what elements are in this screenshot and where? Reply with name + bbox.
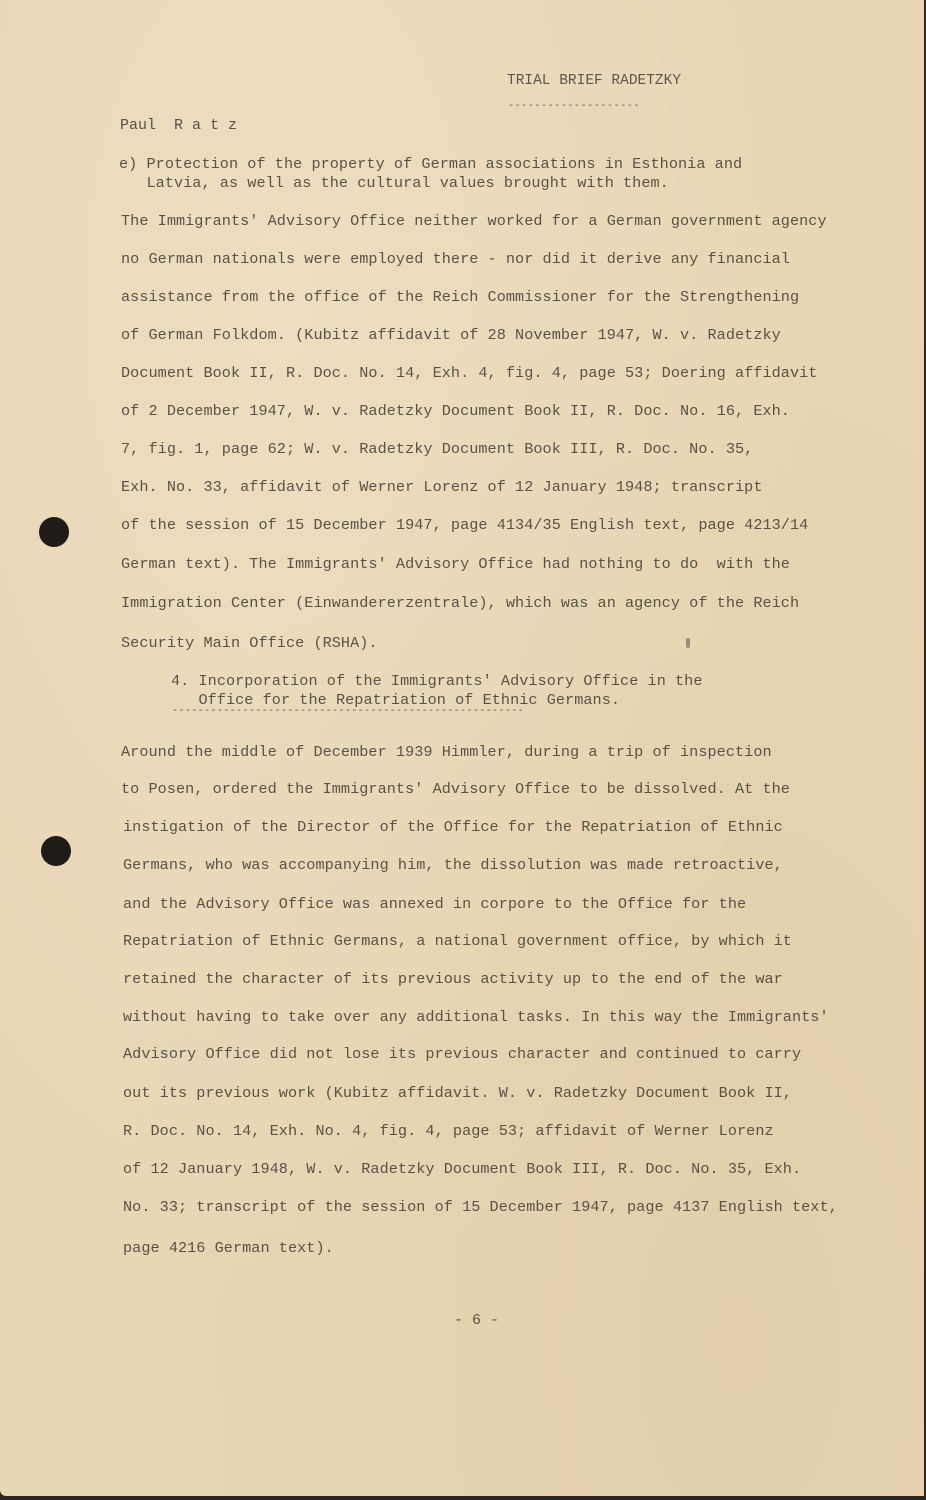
document-title: TRIAL BRIEF RADETZKY: [507, 73, 681, 89]
paragraph-line: instigation of the Director of the Offic…: [123, 818, 783, 836]
author-name: Paul R a t z: [120, 117, 237, 134]
paragraph-line: The Immigrants' Advisory Office neither …: [121, 212, 827, 230]
paragraph-line: No. 33; transcript of the session of 15 …: [123, 1198, 838, 1216]
section-e-line: e) Protection of the property of German …: [119, 155, 742, 173]
paragraph-line: retained the character of its previous a…: [123, 970, 783, 988]
paragraph-line: German text). The Immigrants' Advisory O…: [121, 555, 790, 573]
punch-hole-top: [39, 517, 69, 547]
paragraph-line: of 2 December 1947, W. v. Radetzky Docum…: [121, 402, 790, 420]
paragraph-line: of the session of 15 December 1947, page…: [121, 516, 808, 534]
paragraph-line: no German nationals were employed there …: [121, 250, 790, 268]
ink-speck: [686, 638, 690, 648]
paragraph-line: to Posen, ordered the Immigrants' Adviso…: [121, 780, 790, 798]
paragraph-line: assistance from the office of the Reich …: [121, 288, 799, 306]
paragraph-line: Exh. No. 33, affidavit of Werner Lorenz …: [121, 478, 762, 496]
paragraph-line: Germans, who was accompanying him, the d…: [123, 856, 783, 874]
paragraph-line: out its previous work (Kubitz affidavit.…: [123, 1084, 792, 1102]
section-heading-line: 4. Incorporation of the Immigrants' Advi…: [171, 672, 703, 690]
paragraph-line: of German Folkdom. (Kubitz affidavit of …: [121, 326, 781, 344]
paragraph-line: and the Advisory Office was annexed in c…: [123, 895, 746, 913]
paragraph-line: Document Book II, R. Doc. No. 14, Exh. 4…: [121, 364, 817, 382]
paragraph-line: Immigration Center (Einwandererzentrale)…: [121, 594, 799, 612]
section-e-line: Latvia, as well as the cultural values b…: [119, 174, 669, 192]
paragraph-line: 7, fig. 1, page 62; W. v. Radetzky Docum…: [121, 440, 753, 458]
page-number: - 6 -: [454, 1312, 499, 1329]
paragraph-line: Security Main Office (RSHA).: [121, 634, 378, 652]
paragraph-line: Repatriation of Ethnic Germans, a nation…: [123, 932, 792, 950]
paragraph-line: Advisory Office did not lose its previou…: [123, 1045, 801, 1063]
paragraph-line: page 4216 German text).: [123, 1239, 334, 1257]
paragraph-line: Around the middle of December 1939 Himml…: [121, 743, 772, 761]
heading-underline: ----------------------------------------…: [172, 706, 524, 717]
paragraph-line: R. Doc. No. 14, Exh. No. 4, fig. 4, page…: [123, 1122, 774, 1140]
paragraph-line: without having to take over any addition…: [123, 1008, 829, 1026]
document-page: TRIAL BRIEF RADETZKY -------------------…: [0, 0, 924, 1496]
paragraph-line: of 12 January 1948, W. v. Radetzky Docum…: [123, 1160, 801, 1178]
title-underline: --------------------: [508, 101, 640, 112]
punch-hole-bottom: [41, 836, 71, 866]
